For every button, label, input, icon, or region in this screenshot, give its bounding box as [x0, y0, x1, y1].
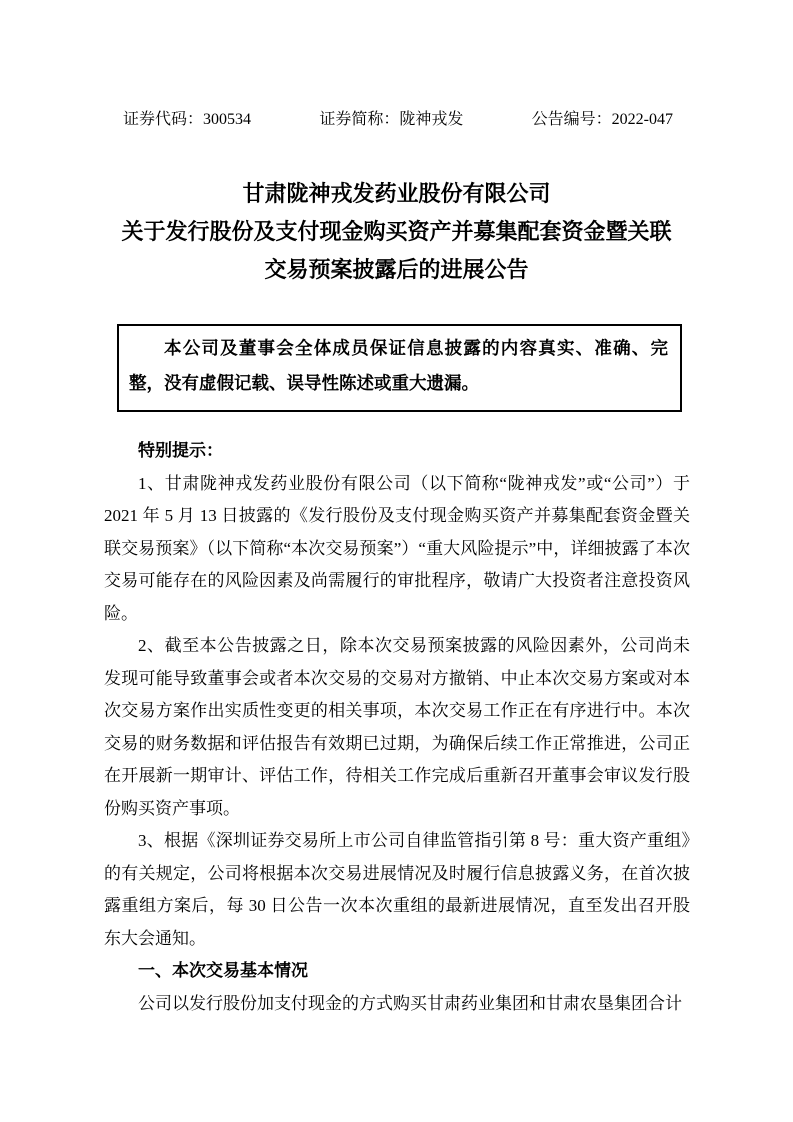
special-notice-paragraph-2: 2、截至本公告披露之日，除本次交易预案披露的风险因素外，公司尚未发现可能导致董事…	[104, 630, 690, 825]
stock-code: 证券代码：300534	[123, 109, 251, 131]
announcement-page: 证券代码：300534 证券简称：陇神戎发 公告编号：2022-047 甘肃陇神…	[0, 0, 793, 1122]
title-line-3: 交易预案披露后的进展公告	[0, 251, 793, 289]
document-title: 甘肃陇神戎发药业股份有限公司 关于发行股份及支付现金购买资产并募集配套资金暨关联…	[0, 175, 793, 289]
disclaimer-box: 本公司及董事会全体成员保证信息披露的内容真实、准确、完整，没有虚假记载、误导性陈…	[117, 324, 682, 412]
section-one-heading: 一、本次交易基本情况	[104, 955, 690, 988]
document-header: 证券代码：300534 证券简称：陇神戎发 公告编号：2022-047	[123, 109, 673, 131]
special-notice-heading: 特别提示：	[104, 435, 690, 468]
announcement-number: 公告编号：2022-047	[532, 109, 673, 131]
special-notice-paragraph-3: 3、根据《深圳证券交易所上市公司自律监管指引第 8 号：重大资产重组》的有关规定…	[104, 825, 690, 955]
stock-name: 证券简称：陇神戎发	[319, 109, 463, 131]
title-line-1: 甘肃陇神戎发药业股份有限公司	[0, 175, 793, 213]
title-line-2: 关于发行股份及支付现金购买资产并募集配套资金暨关联	[0, 213, 793, 251]
document-body: 特别提示： 1、甘肃陇神戎发药业股份有限公司（以下简称“陇神戎发”或“公司”）于…	[104, 435, 690, 1020]
special-notice-paragraph-1: 1、甘肃陇神戎发药业股份有限公司（以下简称“陇神戎发”或“公司”）于 2021 …	[104, 468, 690, 631]
section-one-paragraph: 公司以发行股份加支付现金的方式购买甘肃药业集团和甘肃农垦集团合计	[104, 988, 690, 1021]
disclaimer-text: 本公司及董事会全体成员保证信息披露的内容真实、准确、完整，没有虚假记载、误导性陈…	[129, 338, 668, 393]
